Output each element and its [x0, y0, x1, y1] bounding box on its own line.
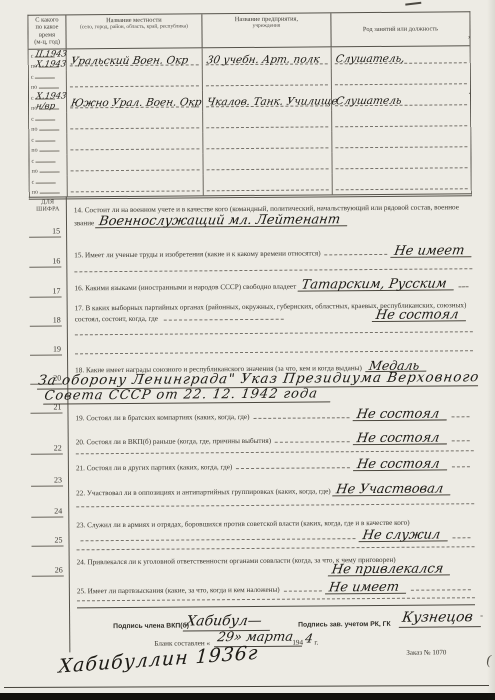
question-15: 15. Имеет ли ученые труды и изобретения … — [74, 245, 472, 261]
blank-ruled-line — [76, 450, 474, 454]
handwritten-date-to: н/вр — [35, 102, 56, 113]
member-signature: Хабибул— — [183, 613, 273, 632]
margin-number: 17 — [29, 286, 61, 297]
handwritten-date-from: X.1943 — [35, 91, 67, 102]
blank-ruled-line — [74, 268, 472, 272]
question-16: 16. Какими языками (иностранными и народ… — [74, 278, 472, 294]
registrar-signature-label: Подпись зав. учетом РК, ГК — [298, 621, 391, 629]
handwritten-answer-23: Не служил — [359, 529, 450, 542]
question-17: 17. В каких выборных партийных органах (… — [75, 300, 473, 325]
question-24: 24. Привлекался ли к уголовной ответстве… — [77, 554, 475, 568]
handwritten-answer-15: Не имеет — [390, 245, 473, 258]
handwritten-date-to: X.1943 — [35, 60, 67, 71]
col-header-organization: Название предприятия, учреждения — [201, 13, 330, 47]
handwritten-answer-19: Не состоял — [353, 408, 448, 421]
cipher-column-label: ДЛЯ ШИФРА — [30, 199, 66, 213]
document-body: С какого по какое время (м-ц, год) Назва… — [0, 0, 495, 700]
scan-bottom-edge — [0, 693, 495, 700]
handwritten-date-from: II.1943 — [35, 49, 68, 60]
handwritten-answer-21: Не состоял — [353, 458, 448, 471]
handwritten-form-year: 4 — [304, 631, 314, 645]
handwritten-role: Слушатель — [335, 94, 403, 107]
registrar-signature: Кузнецов — [399, 609, 484, 628]
handwritten-answer-20: Не состоял — [353, 432, 448, 445]
blank-ruled-line — [75, 331, 473, 335]
question-19: 19. Состоял ли в братских компартиях (ка… — [75, 408, 473, 424]
margin-number: 22 — [31, 443, 63, 454]
handwritten-place: Южно Урал. Воен. Окр — [70, 96, 202, 109]
handwritten-answer-24: Не привлекался — [327, 563, 451, 576]
member-signature-label: Подпись члена ВКП(б) — [113, 622, 189, 630]
handwritten-answer-16: Татарским, Русским — [297, 278, 455, 291]
question-23: 23. Служил ли в армиях и отрядах, боровш… — [76, 517, 474, 544]
scan-speck: · — [468, 88, 471, 98]
table-header-row: С какого по какое время (м-ц, год) Назва… — [28, 12, 469, 49]
margin-number: 26 — [32, 565, 64, 576]
blank-ruled-line — [76, 503, 474, 507]
margin-number: 24 — [31, 506, 63, 517]
handwritten-org: 30 учебн. Арт. полк — [206, 53, 321, 66]
blank-ruled-line — [75, 350, 473, 354]
margin-number: 16 — [29, 256, 61, 267]
handwritten-answer-25: Не имеет — [325, 582, 408, 595]
scan-right-shadow — [487, 0, 495, 700]
question-20: 20. Состоял ли в ВКП(б) раньше (когда, г… — [76, 432, 474, 448]
order-number: Заказ № 1070 — [406, 648, 446, 656]
scan-speck: ‑ — [480, 610, 483, 620]
form-date-suffix: г. — [314, 638, 318, 646]
col-header-period: С какого по какое время (м-ц, год) — [28, 15, 65, 48]
margin-number: 18 — [30, 315, 62, 326]
blank-ruled-line — [77, 546, 475, 550]
table-row: с по — [30, 172, 471, 196]
margin-number: 15 — [29, 226, 61, 237]
footer-separator-line — [77, 604, 475, 608]
handwritten-answer-17: Не состоял — [372, 309, 467, 322]
margin-number: 23 — [31, 475, 63, 486]
handwritten-answer-14: Военнослужащий мл. Лейтенант — [95, 214, 349, 228]
margin-number: 25 — [31, 535, 63, 546]
margin-divider-line — [66, 196, 71, 652]
blank-ruled-line — [77, 597, 475, 601]
margin-number: 19 — [30, 344, 62, 355]
question-25: 25. Имеет ли партвзыскания (какие, за чт… — [77, 581, 475, 597]
form-year-printed: 194 — [292, 639, 303, 647]
handwritten-answer-22: Не Участвовал — [332, 483, 452, 496]
handwritten-org: Чкалов. Танк. Училище — [206, 95, 339, 108]
handwritten-role: Слушатель, — [335, 52, 406, 65]
handwritten-answer-18-line3: Совета СССР от 22. 12. 1942 года — [43, 386, 333, 404]
service-history-table: С какого по какое время (м-ц, год) Назва… — [27, 11, 471, 199]
question-21: 21. Состоял ли в других партиях (каких, … — [76, 458, 474, 474]
question-22: 22. Участвовал ли в оппозициях и антипар… — [76, 483, 474, 499]
scan-speck: ’ — [468, 34, 471, 44]
col-header-locality: Название местности (село, город, район, … — [65, 14, 201, 48]
anketa-scanned-page: С какого по какое время (м-ц, год) Назва… — [0, 0, 495, 700]
handwritten-place: Уральский Воен. Окр — [70, 54, 189, 67]
scan-mark — [405, 2, 421, 6]
col-header-occupation: Род занятий или должность — [330, 12, 469, 46]
question-14: 14. Состоит ли на военном учете и в каче… — [74, 202, 472, 229]
